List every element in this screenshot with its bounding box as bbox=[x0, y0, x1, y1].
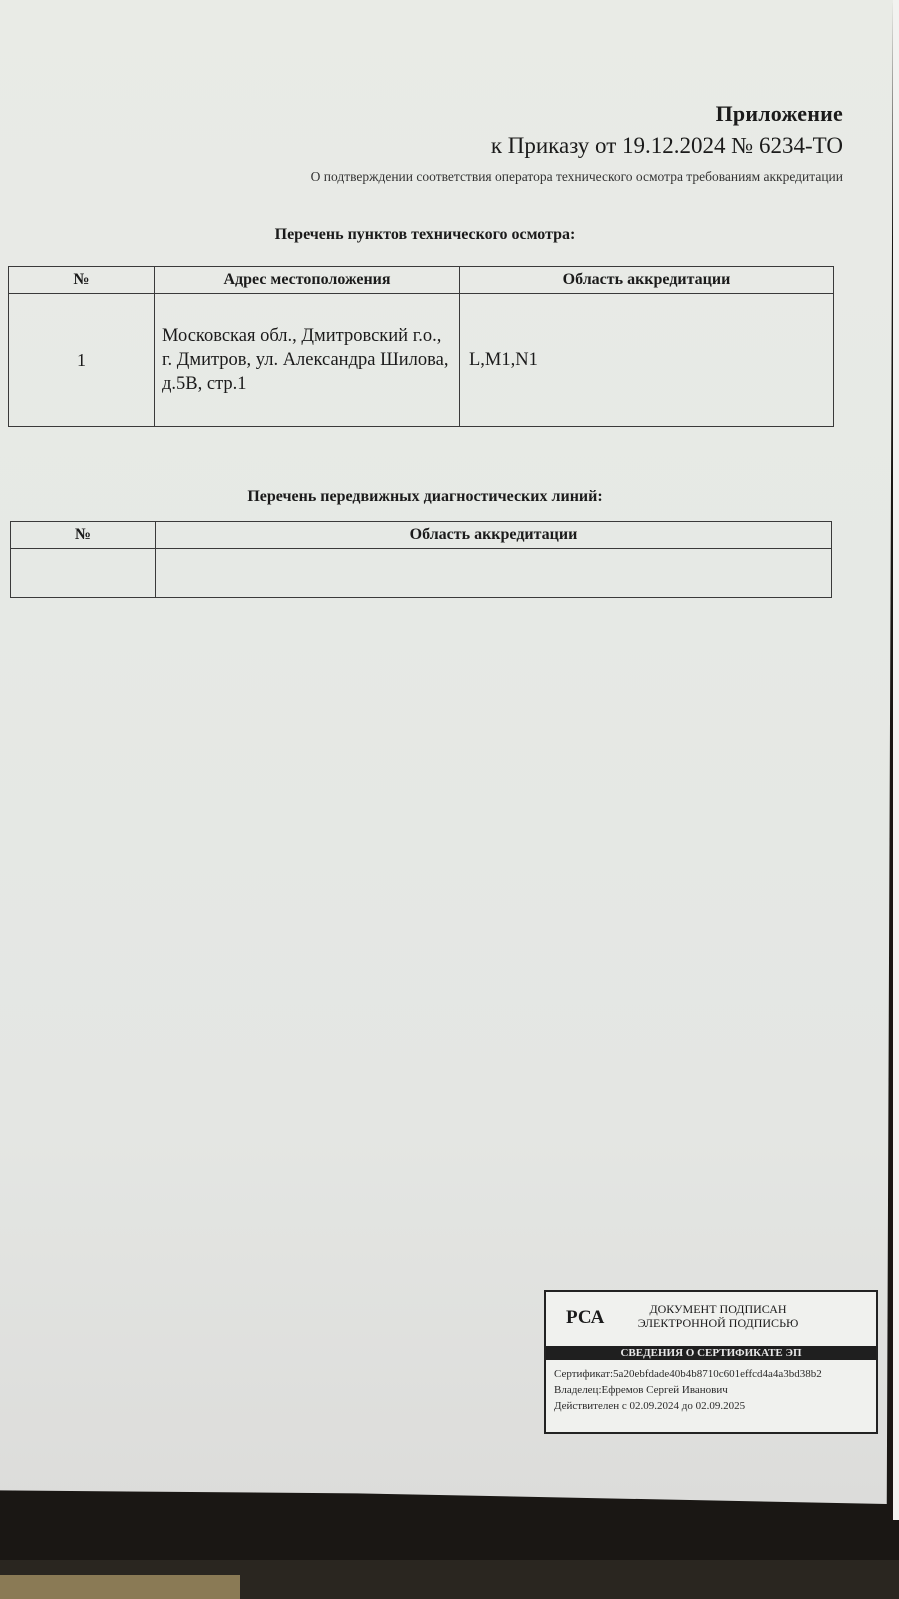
table-row: 1 Московская обл., Дмитровский г.о., г. … bbox=[9, 294, 834, 427]
desk-surface bbox=[0, 1575, 240, 1599]
order-reference: к Приказу от 19.12.2024 № 6234-ТО bbox=[491, 133, 843, 159]
table-header-row: № Адрес местоположения Область аккредита… bbox=[9, 267, 834, 294]
column-header-scope: Область аккредитации bbox=[460, 267, 834, 294]
cell-scope bbox=[156, 549, 832, 598]
certificate-info-bar: Сведения о сертификате ЭП bbox=[546, 1346, 876, 1360]
inspection-points-table: № Адрес местоположения Область аккредита… bbox=[8, 266, 834, 427]
certificate-serial: Сертификат:5a20ebfdade40b4b8710c601effcd… bbox=[554, 1368, 822, 1380]
table-header-row: № Область аккредитации bbox=[11, 522, 832, 549]
electronic-signature-stamp: РСА Документ подписан электронной подпис… bbox=[544, 1290, 878, 1434]
column-header-number: № bbox=[11, 522, 156, 549]
inspection-points-title: Перечень пунктов технического осмотра: bbox=[0, 226, 850, 244]
mobile-lines-title: Перечень передвижных диагностических лин… bbox=[0, 488, 850, 506]
certificate-validity: Действителен с 02.09.2024 до 02.09.2025 bbox=[554, 1400, 745, 1412]
cell-number bbox=[11, 549, 156, 598]
stamp-heading-line2: электронной подписью bbox=[623, 1316, 813, 1330]
stamp-heading-line1: Документ подписан bbox=[623, 1302, 813, 1316]
table-row bbox=[11, 549, 832, 598]
mobile-lines-table: № Область аккредитации bbox=[10, 521, 832, 598]
rsa-logo: РСА bbox=[566, 1307, 604, 1329]
cell-number: 1 bbox=[9, 294, 155, 427]
order-subject: О подтверждении соответствия оператора т… bbox=[311, 169, 843, 185]
column-header-number: № bbox=[9, 267, 155, 294]
column-header-address: Адрес местоположения bbox=[155, 267, 460, 294]
stamp-heading: Документ подписан электронной подписью bbox=[623, 1302, 813, 1330]
cell-scope: L,M1,N1 bbox=[460, 294, 834, 427]
cell-address: Московская обл., Дмитровский г.о., г. Дм… bbox=[155, 294, 460, 427]
certificate-owner: Владелец:Ефремов Сергей Иванович bbox=[554, 1384, 728, 1396]
column-header-scope: Область аккредитации bbox=[156, 522, 832, 549]
appendix-title: Приложение bbox=[716, 101, 843, 127]
page-edge bbox=[893, 0, 899, 1520]
